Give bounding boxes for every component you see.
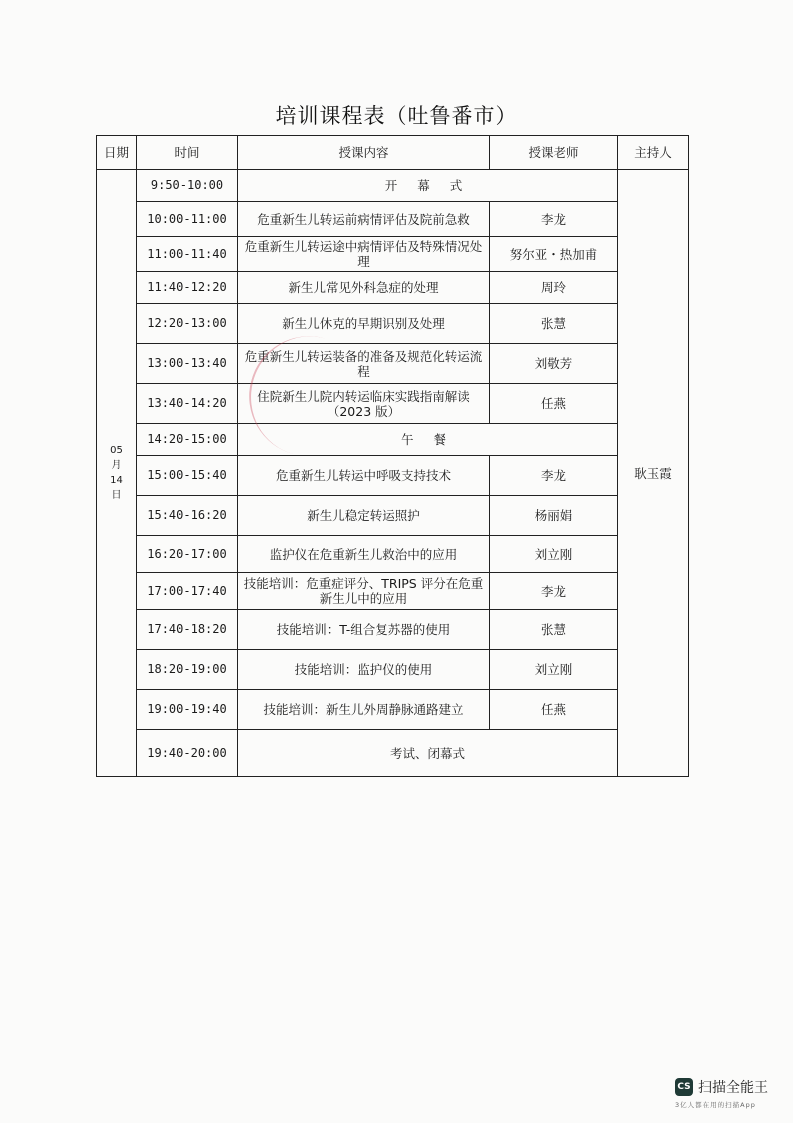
table-row: 17:00-17:40 技能培训：危重症评分、TRIPS 评分在危重新生儿中的应… [97,573,689,610]
content-cell: 新生儿休克的早期识别及处理 [238,304,490,344]
teacher-cell: 刘立刚 [490,650,618,690]
teacher-cell: 李龙 [490,202,618,237]
time-cell: 12:20-13:00 [137,304,238,344]
teacher-cell: 努尔亚・热加甫 [490,237,618,272]
time-cell: 15:00-15:40 [137,456,238,496]
table-header-row: 日期 时间 授课内容 授课老师 主持人 [97,136,689,170]
header-host: 主持人 [618,136,689,170]
teacher-cell: 刘立刚 [490,536,618,573]
document-title: 培训课程表（吐鲁番市） [0,100,793,130]
table-row: 10:00-11:00 危重新生儿转运前病情评估及院前急救 李龙 [97,202,689,237]
table-row: 05 月 14 日 9:50-10:00 开 幕 式 耿玉霞 [97,170,689,202]
content-cell: 监护仪在危重新生儿救治中的应用 [238,536,490,573]
table-row: 19:40-20:00 考试、闭幕式 [97,730,689,777]
time-cell: 13:00-13:40 [137,344,238,384]
table-row: 15:40-16:20 新生儿稳定转运照护 杨丽娟 [97,496,689,536]
table-row: 13:40-14:20 住院新生儿院内转运临床实践指南解读（2023 版） 任燕 [97,384,689,424]
table-row: 11:00-11:40 危重新生儿转运途中病情评估及特殊情况处理 努尔亚・热加甫 [97,237,689,272]
time-cell: 14:20-15:00 [137,424,238,456]
time-cell: 16:20-17:00 [137,536,238,573]
teacher-cell: 李龙 [490,573,618,610]
content-cell: 新生儿稳定转运照护 [238,496,490,536]
table-row: 17:40-18:20 技能培训：T-组合复苏器的使用 张慧 [97,610,689,650]
host-cell: 耿玉霞 [618,170,689,777]
table-row: 12:20-13:00 新生儿休克的早期识别及处理 张慧 [97,304,689,344]
teacher-cell: 杨丽娟 [490,496,618,536]
teacher-cell: 任燕 [490,384,618,424]
table-row: 15:00-15:40 危重新生儿转运中呼吸支持技术 李龙 [97,456,689,496]
time-cell: 11:00-11:40 [137,237,238,272]
time-cell: 17:00-17:40 [137,573,238,610]
time-cell: 15:40-16:20 [137,496,238,536]
table-row: 11:40-12:20 新生儿常见外科急症的处理 周玲 [97,272,689,304]
content-cell: 开 幕 式 [238,170,618,202]
header-content: 授课内容 [238,136,490,170]
teacher-cell: 李龙 [490,456,618,496]
table-row: 18:20-19:00 技能培训：监护仪的使用 刘立刚 [97,650,689,690]
date-cell: 05 月 14 日 [97,170,137,777]
table-row: 16:20-17:00 监护仪在危重新生儿救治中的应用 刘立刚 [97,536,689,573]
header-date: 日期 [97,136,137,170]
header-teacher: 授课老师 [490,136,618,170]
time-cell: 13:40-14:20 [137,384,238,424]
table-row: 14:20-15:00 午 餐 [97,424,689,456]
camscanner-logo-icon: CS [675,1078,693,1096]
content-cell: 危重新生儿转运前病情评估及院前急救 [238,202,490,237]
content-cell: 住院新生儿院内转运临床实践指南解读（2023 版） [238,384,490,424]
teacher-cell: 张慧 [490,304,618,344]
time-cell: 18:20-19:00 [137,650,238,690]
time-cell: 17:40-18:20 [137,610,238,650]
watermark-name: 扫描全能王 [698,1077,768,1097]
content-cell: 危重新生儿转运装备的准备及规范化转运流程 [238,344,490,384]
time-cell: 19:00-19:40 [137,690,238,730]
teacher-cell: 张慧 [490,610,618,650]
schedule-table: 日期 时间 授课内容 授课老师 主持人 05 月 14 日 9:50-10:00… [96,135,689,777]
header-time: 时间 [137,136,238,170]
table-row: 13:00-13:40 危重新生儿转运装备的准备及规范化转运流程 刘敬芳 [97,344,689,384]
content-cell: 技能培训：监护仪的使用 [238,650,490,690]
content-cell: 技能培训：危重症评分、TRIPS 评分在危重新生儿中的应用 [238,573,490,610]
table-row: 19:00-19:40 技能培训：新生儿外周静脉通路建立 任燕 [97,690,689,730]
content-cell: 技能培训：新生儿外周静脉通路建立 [238,690,490,730]
time-cell: 9:50-10:00 [137,170,238,202]
content-cell: 技能培训：T-组合复苏器的使用 [238,610,490,650]
time-cell: 19:40-20:00 [137,730,238,777]
scanner-watermark: CS 扫描全能王 3亿人都在用的扫描App [675,1077,775,1109]
watermark-tagline: 3亿人都在用的扫描App [675,1100,775,1109]
time-cell: 11:40-12:20 [137,272,238,304]
content-cell: 危重新生儿转运途中病情评估及特殊情况处理 [238,237,490,272]
teacher-cell: 刘敬芳 [490,344,618,384]
content-cell: 新生儿常见外科急症的处理 [238,272,490,304]
teacher-cell: 周玲 [490,272,618,304]
content-cell: 考试、闭幕式 [238,730,618,777]
teacher-cell: 任燕 [490,690,618,730]
content-cell: 危重新生儿转运中呼吸支持技术 [238,456,490,496]
time-cell: 10:00-11:00 [137,202,238,237]
content-cell: 午 餐 [238,424,618,456]
